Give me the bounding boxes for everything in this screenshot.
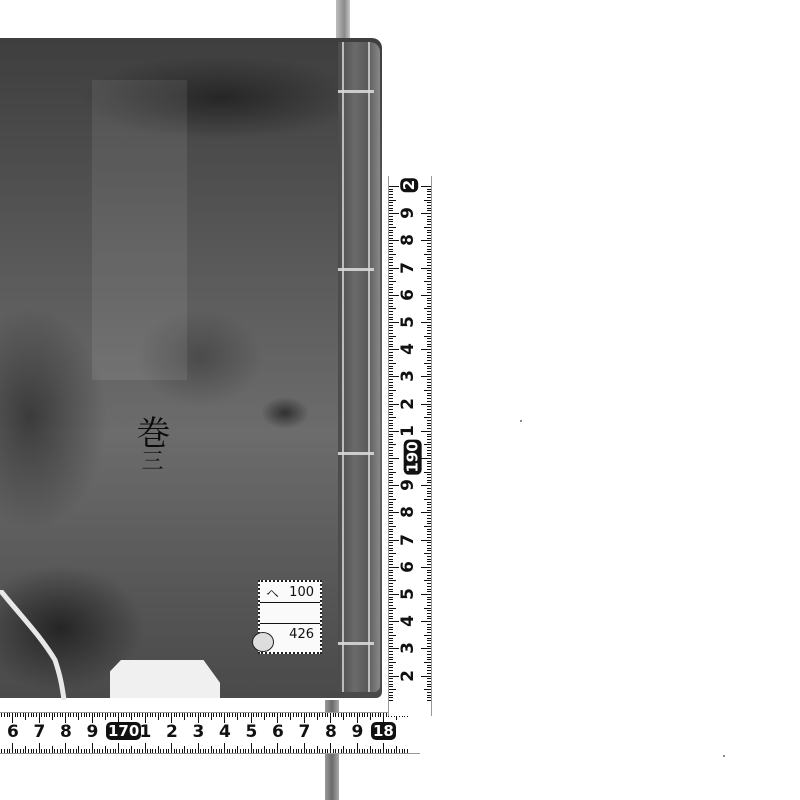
ruler-tick: [427, 455, 431, 456]
ruler-tick: [424, 662, 431, 663]
ruler-tick: [84, 713, 85, 717]
ruler-tick: [296, 713, 297, 717]
ruler-tick: [73, 713, 74, 717]
ruler-tick: [424, 689, 431, 690]
ruler-tick: [4, 713, 5, 717]
ruler-tick: [427, 251, 431, 252]
ruler-tick: [76, 749, 77, 753]
ruler-tick: [192, 749, 193, 753]
ruler-tick: [389, 531, 393, 532]
ruler-tick: [389, 300, 393, 301]
ruler-tick: [338, 749, 339, 753]
ruler-tick: [389, 570, 393, 571]
ruler-tick: [427, 651, 431, 652]
ruler-label: 4: [398, 615, 418, 627]
ruler-tick: [389, 602, 393, 603]
ruler-tick: [389, 667, 393, 668]
ruler-tick: [427, 515, 431, 516]
ruler-tick: [427, 208, 431, 209]
ruler-tick: [349, 713, 350, 717]
ruler-tick: [427, 700, 431, 701]
ruler-tick: [389, 423, 393, 424]
ruler-tick: [389, 455, 393, 456]
ruler-tick: [306, 749, 307, 753]
ruler-tick: [389, 368, 393, 369]
ruler-tick: [427, 502, 431, 503]
ruler-tick: [357, 743, 358, 753]
ruler-tick: [152, 749, 153, 753]
ruler-label: 4: [398, 343, 418, 355]
ruler-tick: [389, 670, 393, 671]
ruler-tick: [427, 292, 431, 293]
ruler-tick: [62, 713, 63, 717]
ruler-tick: [378, 713, 379, 717]
ruler-tick: [389, 477, 393, 478]
ruler-tick: [290, 746, 291, 753]
ruler-tick: [389, 678, 393, 679]
ruler-tick: [221, 713, 222, 717]
ruler-tick: [389, 646, 393, 647]
ruler-tick: [126, 713, 127, 717]
ruler-tick: [389, 287, 393, 288]
ruler-tick: [389, 659, 393, 660]
ruler-tick: [253, 749, 254, 753]
ruler-tick: [179, 749, 180, 753]
ruler-tick: [322, 749, 323, 753]
ruler-tick: [192, 713, 193, 717]
ruler-tick: [311, 749, 312, 753]
ruler-tick: [389, 564, 393, 565]
ruler-tick: [94, 749, 95, 753]
ruler-tick: [94, 713, 95, 717]
ruler-tick: [389, 355, 393, 356]
ruler-tick: [389, 504, 393, 505]
ruler-tick: [389, 327, 393, 328]
ruler-label: 9: [352, 722, 364, 742]
ruler-tick: [427, 333, 431, 334]
ruler-tick: [389, 684, 393, 685]
ruler-tick: [427, 341, 431, 342]
ruler-tick: [389, 578, 393, 579]
ruler-tick: [389, 580, 396, 581]
ruler-tick: [389, 480, 393, 481]
ruler-tick: [333, 749, 334, 753]
ruler-tick: [184, 713, 185, 720]
ruler-label: 6: [398, 561, 418, 573]
ruler-tick: [427, 262, 431, 263]
ruler-tick: [327, 713, 328, 717]
ruler-tick: [389, 700, 393, 701]
ruler-tick: [41, 749, 42, 753]
ruler-tick: [389, 561, 393, 562]
ruler-tick: [427, 197, 431, 198]
ruler-tick: [389, 624, 393, 625]
ruler-tick: [427, 488, 431, 489]
ruler-tick: [427, 420, 431, 421]
ruler-tick: [335, 749, 336, 753]
ruler-tick: [33, 749, 34, 753]
ruler-tick: [237, 713, 238, 720]
ruler-tick: [227, 749, 228, 753]
ruler-tick: [134, 749, 135, 753]
ruler-tick: [389, 414, 393, 415]
ruler-tick: [389, 227, 396, 228]
ruler-label: 8: [60, 722, 72, 742]
ruler-tick: [427, 216, 431, 217]
ruler-tick: [245, 749, 246, 753]
ruler-tick: [240, 713, 241, 717]
ruler-tick: [389, 387, 393, 388]
ruler-tick: [389, 412, 393, 413]
ruler-tick: [389, 640, 393, 641]
ruler-tick: [427, 586, 431, 587]
ruler-tick: [427, 238, 431, 239]
ruler-tick: [402, 749, 403, 753]
ruler-tick: [383, 743, 384, 753]
ruler-tick: [389, 515, 393, 516]
ruler-tick: [89, 749, 90, 753]
ruler-tick: [274, 749, 275, 753]
ruler-tick: [389, 550, 393, 551]
ruler-tick: [198, 743, 199, 753]
ruler-tick: [427, 493, 431, 494]
ruler-tick: [389, 632, 393, 633]
ruler-tick: [41, 713, 42, 717]
ruler-tick: [389, 482, 393, 483]
ruler-tick: [427, 447, 431, 448]
ruler-tick: [389, 442, 393, 443]
ruler-tick: [309, 749, 310, 753]
ruler-tick: [427, 368, 431, 369]
ruler-tick: [424, 444, 431, 445]
ruler-tick: [427, 529, 431, 530]
ruler-tick: [389, 249, 393, 250]
ruler-tick: [115, 749, 116, 753]
ruler-tick: [227, 713, 228, 717]
ruler-tick: [389, 262, 393, 263]
ruler-tick: [427, 346, 431, 347]
ruler-tick: [306, 713, 307, 717]
ruler-tick: [427, 542, 431, 543]
ruler-tick: [427, 406, 431, 407]
ruler-tick: [389, 610, 393, 611]
ruler-tick: [389, 458, 399, 459]
ruler-tick: [389, 526, 396, 527]
ruler-tick: [427, 230, 431, 231]
ruler-tick: [62, 749, 63, 753]
ruler-tick: [113, 749, 114, 753]
ruler-tick: [394, 749, 395, 753]
ruler-tick: [427, 306, 431, 307]
ruler-tick: [351, 713, 352, 717]
ruler-label: 7: [398, 262, 418, 274]
ruler-tick: [389, 366, 393, 367]
ruler-tick: [389, 559, 393, 560]
ruler-tick: [123, 749, 124, 753]
ruler-tick: [389, 436, 393, 437]
ruler-tick: [427, 507, 431, 508]
ruler-tick: [389, 472, 396, 473]
ruler-tick: [427, 395, 431, 396]
ruler-tick: [17, 713, 18, 717]
ruler-tick: [389, 616, 393, 617]
ruler-tick: [389, 692, 393, 693]
ruler-tick: [427, 344, 431, 345]
ruler-tick: [389, 325, 393, 326]
ruler-tick: [282, 749, 283, 753]
ruler-tick: [427, 327, 431, 328]
ruler-tick: [280, 749, 281, 753]
ruler-tick: [389, 556, 393, 557]
ruler-tick: [427, 270, 431, 271]
ruler-tick: [12, 743, 13, 753]
ruler-tick: [389, 537, 393, 538]
ruler-tick: [389, 651, 393, 652]
ruler-tick: [9, 713, 10, 717]
ruler-tick: [427, 591, 431, 592]
ruler-tick: [427, 537, 431, 538]
ruler-tick: [36, 713, 37, 717]
ruler-tick: [49, 749, 50, 753]
ruler-tick: [389, 686, 393, 687]
ruler-label: 9: [87, 722, 99, 742]
ruler-tick: [427, 355, 431, 356]
ruler-tick: [427, 202, 431, 203]
worn-paper-patch: [110, 660, 220, 698]
ruler-tick: [354, 749, 355, 753]
ruler-tick: [389, 197, 393, 198]
ruler-tick: [427, 556, 431, 557]
ruler-tick: [118, 743, 119, 753]
spine-edge-line: [342, 42, 344, 692]
ruler-tick: [427, 205, 431, 206]
ruler-tick: [427, 412, 431, 413]
ruler-tick: [147, 713, 148, 717]
ruler-tick: [427, 360, 431, 361]
ruler-tick: [389, 352, 393, 353]
ruler-tick: [389, 406, 393, 407]
ruler-tick: [427, 657, 431, 658]
ruler-tick: [389, 270, 393, 271]
ruler-label: 4: [219, 722, 231, 742]
ruler-tick: [362, 749, 363, 753]
ruler-tick: [427, 616, 431, 617]
ruler-label: 5: [398, 316, 418, 328]
ruler-tick: [427, 276, 431, 277]
ruler-tick: [195, 749, 196, 753]
ruler-tick: [389, 235, 393, 236]
ruler-tick: [155, 713, 156, 717]
ruler-tick: [389, 502, 393, 503]
ruler-tick: [389, 232, 393, 233]
ruler-tick: [380, 713, 381, 717]
ruler-tick: [370, 746, 371, 753]
ruler-tick: [187, 713, 188, 717]
ruler-tick: [389, 591, 393, 592]
ruler-tick: [4, 749, 5, 753]
ruler-label: 8: [398, 234, 418, 246]
ruler-tick: [314, 749, 315, 753]
ruler-tick: [195, 713, 196, 717]
ruler-tick: [424, 553, 431, 554]
ruler-tick: [131, 746, 132, 753]
ruler-tick: [389, 273, 393, 274]
ruler-tick: [389, 548, 393, 549]
ruler-tick: [389, 657, 393, 658]
ruler-tick: [160, 713, 161, 717]
ruler-tick: [389, 230, 393, 231]
ruler-tick: [389, 276, 393, 277]
ruler-tick: [421, 431, 431, 432]
ruler-tick: [52, 746, 53, 753]
ruler-tick: [389, 390, 396, 391]
ruler-tick: [17, 749, 18, 753]
ruler-tick: [190, 749, 191, 753]
ruler-tick: [421, 648, 431, 649]
ruler-tick: [389, 281, 396, 282]
ruler-tick: [427, 284, 431, 285]
ruler-tick: [190, 713, 191, 717]
ruler-tick: [49, 713, 50, 717]
ruler-tick: [31, 749, 32, 753]
ruler-tick: [427, 523, 431, 524]
ruler-tick: [137, 713, 138, 717]
ruler-tick: [391, 749, 392, 753]
ruler-tick: [314, 713, 315, 717]
ruler-tick: [427, 379, 431, 380]
ruler-tick: [163, 749, 164, 753]
ruler-tick: [427, 466, 431, 467]
ruler-tick: [427, 314, 431, 315]
ruler-tick: [421, 349, 431, 350]
ruler-tick: [325, 713, 326, 717]
ruler-tick: [389, 643, 393, 644]
ruler-tick: [288, 713, 289, 717]
ruler-tick: [203, 749, 204, 753]
ruler-tick: [389, 461, 393, 462]
sticker-row: [260, 603, 320, 624]
ruler-tick: [427, 695, 431, 696]
ruler-label: 7: [398, 534, 418, 546]
ruler-tick: [389, 257, 393, 258]
ruler-tick: [54, 749, 55, 753]
ruler-tick: [251, 743, 252, 753]
ruler-label: 2: [398, 670, 418, 682]
ruler-tick: [389, 529, 393, 530]
ruler-tick: [139, 749, 140, 753]
ruler-label: 1: [140, 722, 152, 742]
ruler-tick: [389, 695, 393, 696]
ruler-tick: [389, 251, 393, 252]
ruler-tick: [427, 423, 431, 424]
ruler-tick: [285, 713, 286, 717]
ruler-tick: [427, 665, 431, 666]
ruler-tick: [57, 749, 58, 753]
ruler-tick: [28, 713, 29, 717]
ruler-tick: [389, 336, 396, 337]
ruler-label: 6: [398, 289, 418, 301]
ruler-label: 18: [371, 722, 396, 740]
ruler-tick: [389, 205, 393, 206]
ruler-tick: [179, 713, 180, 717]
ruler-tick: [421, 540, 431, 541]
ruler-tick: [427, 564, 431, 565]
ruler-tick: [253, 713, 254, 717]
ruler-tick: [182, 713, 183, 717]
ruler-tick: [427, 640, 431, 641]
ruler-tick: [378, 749, 379, 753]
ruler-tick: [421, 268, 431, 269]
ruler-tick: [219, 749, 220, 753]
ruler-tick: [301, 713, 302, 717]
ruler-tick: [219, 713, 220, 717]
ruler-tick: [389, 450, 393, 451]
ruler-tick: [389, 629, 393, 630]
ruler-tick: [389, 662, 396, 663]
ruler-tick: [208, 713, 209, 717]
ruler-tick: [389, 357, 393, 358]
ruler-tick: [389, 363, 396, 364]
ruler-tick: [389, 542, 393, 543]
ruler-tick: [81, 713, 82, 717]
ruler-tick: [158, 713, 159, 720]
ruler-tick: [269, 713, 270, 717]
ruler-tick: [427, 521, 431, 522]
ruler-tick: [389, 189, 393, 190]
ruler-tick: [389, 417, 396, 418]
ruler-tick: [407, 749, 408, 753]
ruler-tick: [427, 463, 431, 464]
binding-stitch: [338, 90, 374, 93]
ruler-tick: [427, 572, 431, 573]
ruler-tick: [60, 749, 61, 753]
ruler-tick: [105, 713, 106, 720]
ruler-tick: [427, 317, 431, 318]
ruler-tick: [78, 746, 79, 753]
ruler-tick: [343, 746, 344, 753]
ruler-tick: [427, 371, 431, 372]
ruler-tick: [389, 469, 393, 470]
ruler-tick: [427, 235, 431, 236]
ruler-tick: [102, 749, 103, 753]
ruler-tick: [427, 610, 431, 611]
ruler-tick: [421, 458, 431, 459]
ruler-tick: [389, 289, 393, 290]
ruler-tick: [86, 713, 87, 717]
ruler-tick: [7, 713, 8, 717]
ruler-tick: [389, 627, 393, 628]
ruler-tick: [155, 749, 156, 753]
ruler-label: 2: [398, 398, 418, 410]
ruler-tick: [343, 713, 344, 720]
ruler-tick: [44, 749, 45, 753]
ruler-tick: [389, 605, 393, 606]
ruler-tick: [389, 385, 393, 386]
ruler-tick: [65, 743, 66, 753]
ruler-tick: [389, 575, 393, 576]
ruler-tick: [389, 523, 393, 524]
ruler-tick: [258, 749, 259, 753]
ruler-tick: [142, 749, 143, 753]
ruler-tick: [46, 749, 47, 753]
ruler-tick: [243, 749, 244, 753]
ruler-tick: [31, 713, 32, 717]
ruler-tick: [389, 665, 393, 666]
ruler-tick: [427, 259, 431, 260]
ruler-tick: [277, 743, 278, 753]
ruler-tick: [421, 186, 431, 187]
ruler-tick: [427, 686, 431, 687]
